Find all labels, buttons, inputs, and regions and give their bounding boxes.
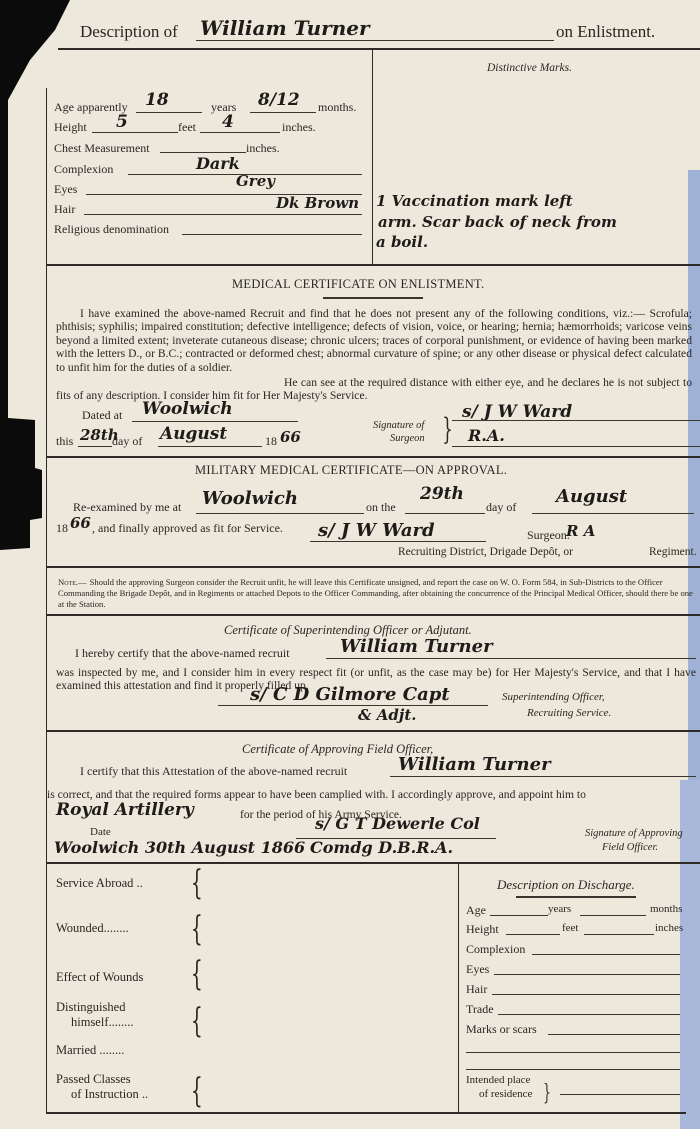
distinctive-marks-line-3: a boil. bbox=[376, 233, 428, 251]
header-prefix: Description of bbox=[80, 22, 178, 42]
medical-body: I have examined the above-named Recruit … bbox=[56, 307, 692, 374]
header-suffix: on Enlistment. bbox=[556, 22, 655, 42]
signature-line-2 bbox=[452, 446, 700, 447]
day-of-label: day of bbox=[486, 500, 516, 515]
hair-value: Dk Brown bbox=[276, 194, 359, 212]
recruit-name: William Turner bbox=[200, 16, 370, 40]
year-prefix: 18 bbox=[265, 434, 277, 449]
medical-title: MEDICAL CERTIFICATE ON ENLISTMENT. bbox=[232, 277, 485, 292]
note-text: Should the approving Surgeon consider th… bbox=[58, 577, 696, 610]
date-label: Date bbox=[90, 826, 111, 838]
name-underline bbox=[196, 40, 554, 41]
certify-label: I hereby certify that the above-named re… bbox=[75, 646, 290, 661]
reexamined-day: 29th bbox=[420, 484, 464, 504]
discharge-age-label: Age bbox=[466, 903, 486, 918]
month-line bbox=[532, 513, 694, 514]
residence-label-1: Intended place bbox=[466, 1074, 530, 1086]
dated-at-label: Dated at bbox=[82, 408, 122, 423]
complexion-line bbox=[532, 954, 680, 955]
recruit-line bbox=[390, 776, 696, 777]
service-abroad-label: Service Abroad .. bbox=[56, 876, 143, 891]
age-months-line bbox=[250, 112, 316, 113]
brace-icon: } bbox=[543, 1077, 551, 1111]
military-title: MILITARY MEDICAL CERTIFICATE—ON APPROVAL… bbox=[195, 463, 507, 478]
height-inches-line bbox=[584, 934, 654, 935]
note: Note.— Should the approving Surgeon cons… bbox=[58, 577, 696, 610]
trade-line bbox=[498, 1014, 680, 1015]
eyes-value: Grey bbox=[236, 172, 275, 190]
distinguished-label-2: himself........ bbox=[71, 1015, 134, 1030]
brace-icon: { bbox=[191, 957, 203, 991]
surgeon-unit: R.A. bbox=[468, 426, 505, 445]
approval-date: Woolwich 30th August 1866 bbox=[54, 838, 305, 857]
this-label: this bbox=[56, 434, 73, 449]
inches-label: inches. bbox=[282, 120, 316, 135]
note-label: Note.— bbox=[58, 577, 87, 588]
eyes-line bbox=[494, 974, 680, 975]
month-line bbox=[158, 446, 262, 447]
brace-icon: { bbox=[191, 1074, 203, 1108]
religion-line bbox=[182, 234, 362, 235]
approving-surgeon-signature: s/ J W Ward bbox=[318, 520, 435, 541]
reexamined-month: August bbox=[556, 486, 627, 507]
distinctive-marks-line-2: arm. Scar back of neck from bbox=[378, 213, 617, 231]
month-value: August bbox=[160, 424, 227, 444]
complexion-value: Dark bbox=[196, 154, 240, 173]
officer-label-2: Recruiting Service. bbox=[527, 707, 611, 719]
year-value: 66 bbox=[70, 514, 91, 532]
distinctive-marks-label: Distinctive Marks. bbox=[487, 62, 572, 74]
dated-at-line bbox=[132, 421, 298, 422]
section-rule bbox=[46, 614, 700, 616]
place-line bbox=[196, 513, 364, 514]
signature-line-1 bbox=[452, 420, 700, 421]
signature-label-1: Signature of bbox=[373, 420, 424, 431]
height-label: Height bbox=[54, 120, 87, 135]
on-the-label: on the bbox=[366, 500, 396, 515]
hair-label: Hair bbox=[54, 202, 75, 217]
discharge-feet-label: feet bbox=[562, 922, 578, 934]
header-rule bbox=[58, 48, 700, 50]
field-officer-signature: s/ G T Dewerle Col bbox=[315, 814, 480, 833]
feet-label: feet bbox=[178, 120, 196, 135]
officer-label-1: Superintending Officer, bbox=[502, 691, 605, 703]
marks-line bbox=[548, 1034, 680, 1035]
surgeon-label: Surgeon. bbox=[527, 528, 570, 543]
discharge-marks-label: Marks or scars bbox=[466, 1022, 537, 1037]
eyes-label: Eyes bbox=[54, 182, 77, 197]
title-rule bbox=[323, 297, 423, 299]
section-rule bbox=[46, 264, 700, 266]
superintending-signature-2: & Adjt. bbox=[358, 706, 416, 724]
hair-line bbox=[84, 214, 362, 215]
height-inches-line bbox=[200, 132, 280, 133]
field-officer-signature-2: Comdg D.B.R.A. bbox=[310, 838, 453, 857]
residence-line bbox=[560, 1094, 680, 1095]
recruit-line bbox=[326, 658, 696, 659]
regiment-label: Regiment. bbox=[649, 546, 697, 558]
passed-classes-label-2: of Instruction .. bbox=[71, 1087, 148, 1102]
chest-line bbox=[160, 152, 246, 153]
height-feet-value: 5 bbox=[116, 112, 128, 132]
bottom-divider bbox=[458, 863, 459, 1113]
certify-label: I certify that this Attestation of the a… bbox=[80, 764, 347, 779]
day-of-label: day of bbox=[112, 434, 142, 449]
superintending-recruit-name: William Turner bbox=[340, 636, 493, 657]
chest-unit: inches. bbox=[246, 141, 280, 156]
day-line bbox=[405, 513, 485, 514]
brace-icon: { bbox=[191, 866, 203, 900]
approved-text: , and finally approved as fit for Servic… bbox=[92, 521, 283, 536]
superintending-signature: s/ C D Gilmore Capt bbox=[250, 684, 450, 705]
section-rule bbox=[46, 862, 700, 864]
dated-at-value: Woolwich bbox=[142, 399, 233, 419]
age-years-line bbox=[490, 915, 548, 916]
field-officer-sig-label-2: Field Officer. bbox=[602, 842, 658, 853]
religion-label: Religious denomination bbox=[54, 222, 169, 237]
age-years-value: 18 bbox=[145, 90, 169, 110]
discharge-hair-label: Hair bbox=[466, 982, 487, 997]
signature-line bbox=[310, 541, 486, 542]
height-feet-line bbox=[92, 132, 178, 133]
day-line bbox=[78, 446, 112, 447]
brace-icon: { bbox=[191, 912, 203, 946]
marks-line-3 bbox=[466, 1069, 680, 1070]
district-label: Recruiting District, Drigade Depôt, or bbox=[398, 546, 573, 558]
surgeon-unit: R A bbox=[566, 522, 595, 540]
field-officer-sig-label-1: Signature of Approving bbox=[585, 828, 683, 839]
passed-classes-label: Passed Classes bbox=[56, 1072, 131, 1087]
discharge-years-label: years bbox=[548, 903, 571, 915]
section-rule bbox=[46, 456, 700, 458]
field-officer-recruit-name: William Turner bbox=[398, 754, 551, 775]
height-feet-line bbox=[506, 934, 560, 935]
effect-of-wounds-label: Effect of Wounds bbox=[56, 970, 143, 985]
brace-icon: } bbox=[442, 413, 453, 447]
age-months-line bbox=[580, 915, 646, 916]
discharge-months-label: months bbox=[650, 903, 682, 915]
bottom-rule bbox=[46, 1112, 686, 1114]
months-label: months. bbox=[318, 100, 356, 115]
year-prefix: 18 bbox=[56, 521, 68, 536]
appointed-corps: Royal Artillery bbox=[56, 800, 194, 820]
title-rule bbox=[516, 896, 636, 898]
discharge-eyes-label: Eyes bbox=[466, 962, 489, 977]
married-label: Married ........ bbox=[56, 1043, 124, 1058]
left-border bbox=[46, 88, 47, 1113]
marks-line-2 bbox=[466, 1052, 680, 1053]
surgeon-signature: s/ J W Ward bbox=[462, 402, 572, 422]
section-rule bbox=[46, 730, 700, 732]
residence-label-2: of residence bbox=[479, 1088, 532, 1100]
discharge-inches-label: inches bbox=[655, 922, 683, 934]
year-value: 66 bbox=[280, 428, 301, 446]
discharge-complexion-label: Complexion bbox=[466, 942, 525, 957]
discharge-trade-label: Trade bbox=[466, 1002, 494, 1017]
age-months-value: 8/12 bbox=[258, 90, 300, 110]
brace-icon: { bbox=[191, 1004, 203, 1038]
age-years-line bbox=[136, 112, 202, 113]
reexamined-label: Re-examined by me at bbox=[73, 500, 181, 515]
chest-label: Chest Measurement bbox=[54, 141, 150, 156]
signature-line bbox=[218, 705, 488, 706]
reexamined-place: Woolwich bbox=[202, 488, 298, 509]
distinguished-label: Distinguished bbox=[56, 1000, 125, 1015]
backing-sheet-lower bbox=[680, 780, 700, 1129]
distinctive-marks-line-1: 1 Vaccination mark left bbox=[376, 192, 573, 210]
column-divider bbox=[372, 50, 373, 265]
discharge-title: Description on Discharge. bbox=[497, 877, 635, 893]
wounded-label: Wounded........ bbox=[56, 921, 129, 936]
section-rule bbox=[46, 566, 700, 568]
complexion-label: Complexion bbox=[54, 162, 113, 177]
discharge-height-label: Height bbox=[466, 922, 499, 937]
hair-line bbox=[492, 994, 680, 995]
signature-label-2: Surgeon bbox=[390, 433, 425, 444]
height-inches-value: 4 bbox=[222, 112, 234, 132]
